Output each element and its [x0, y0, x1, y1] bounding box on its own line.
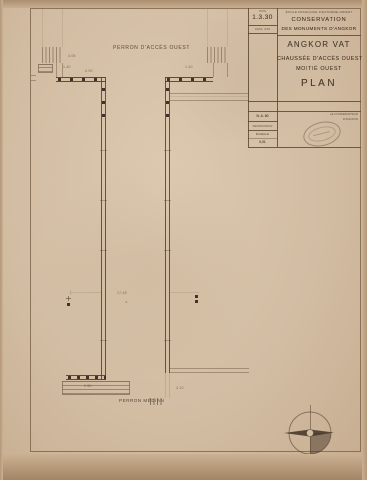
parapet-post [102, 101, 105, 104]
steps-edge-line [227, 9, 228, 47]
parapet-post [166, 114, 169, 117]
dept-underline [277, 35, 361, 36]
dept-line1: CONSERVATION [277, 17, 361, 23]
parapet-band-top-right [165, 77, 213, 82]
date-label: DATE [248, 9, 277, 13]
benchmark-cross [68, 296, 69, 301]
scan-edge-bottom [0, 454, 367, 480]
dept-line2: DES MONUMENTS D'ANGKOR [277, 26, 361, 31]
dimension-label: ∧ [125, 300, 128, 304]
steps-edge-line [42, 9, 43, 47]
refblock-bottom-line [248, 147, 361, 148]
parapet-post [102, 114, 105, 117]
east-line-bottom [170, 372, 249, 373]
steps-connector [213, 63, 214, 77]
causeway-edge-left [101, 77, 106, 380]
scan-edge-right [362, 0, 367, 480]
steps-connector [56, 63, 57, 77]
joint-tick [100, 340, 107, 341]
stamp-inner-ring [307, 124, 338, 144]
ref-row2: DESSINATEUR [248, 124, 277, 128]
steps-edge-line [207, 9, 208, 47]
steps-connector [227, 63, 228, 77]
joint-tick [164, 250, 171, 251]
label-perron-acces-ouest: PERRON D'ACCÈS OUEST [113, 45, 190, 51]
margin-mark [31, 75, 36, 76]
parapet-band-bottom-left [66, 375, 106, 380]
east-line-top [170, 96, 249, 97]
dimension-label: 4.05 [68, 54, 76, 58]
scale-value: 0,01 [248, 140, 277, 144]
edge-continuation [169, 373, 170, 398]
date-cell-line [248, 25, 277, 26]
scanned-plan-sheet: DATE 1.3.30 DESS. JUIN N. A. 60 DESSINAT… [0, 0, 367, 480]
subject-line1: CHAUSSÉE D'ACCÈS OUEST [277, 56, 361, 62]
east-line-bottom [170, 368, 249, 369]
date-note: DESS. JUIN [248, 27, 277, 31]
parapet-post [166, 88, 169, 91]
dimension-label: 0.90 [85, 69, 93, 73]
benchmark-dot [195, 300, 198, 303]
leader-line-right [170, 292, 199, 293]
approval-line2: D'ANGKOR [277, 117, 358, 121]
sheet-title: PLAN [277, 78, 361, 89]
scan-edge-left [0, 0, 3, 480]
scan-edge-top [0, 0, 367, 8]
sheet-number: N. A. 60 [248, 114, 277, 118]
dimension-label: 1.40 [63, 65, 71, 69]
east-line-top [170, 100, 249, 101]
margin-mark [31, 80, 36, 81]
institution-name: ÉCOLE FRANÇAISE D'EXTRÊME-ORIENT [277, 10, 361, 14]
steps-detail-box-left [38, 64, 53, 73]
parapet-post [102, 88, 105, 91]
parapet-post [166, 101, 169, 104]
median-perron-steps [62, 381, 130, 395]
dimension-label: 2.50 [84, 384, 92, 388]
joint-tick [100, 200, 107, 201]
dimension-label: 17.45 [117, 291, 127, 295]
scale-label: ÉCHELLE [248, 132, 277, 136]
ref-cell-line1 [248, 121, 277, 122]
monument-title: ANGKOR VAT [277, 40, 361, 49]
joint-tick [100, 150, 107, 151]
benchmark-dot [195, 295, 198, 298]
date-value: 1.3.30 [248, 14, 277, 21]
approval-line1: LE CONSERVATEUR [277, 112, 358, 116]
benchmark-dot [67, 303, 70, 306]
east-line-top [170, 93, 249, 94]
label-perron-median: PERRON MÉDIAN [119, 398, 164, 403]
leader-line-left [70, 292, 101, 293]
steps-hatch-right [207, 47, 228, 63]
causeway-edge-right [165, 77, 170, 373]
dimension-label: 4.10 [176, 386, 184, 390]
edge-continuation [165, 373, 166, 398]
joint-tick [100, 250, 107, 251]
leader-end-tick [70, 290, 71, 295]
date-cell-line2 [248, 33, 277, 34]
subject-line2: MOITIÉ OUEST [277, 66, 361, 72]
joint-tick [164, 340, 171, 341]
joint-tick [164, 200, 171, 201]
title-bottom-line [248, 101, 361, 102]
joint-tick [164, 150, 171, 151]
steps-edge-line [62, 9, 63, 47]
ref-cell-line2 [248, 130, 277, 131]
parapet-band-top-left [56, 77, 106, 82]
steps-hatch-left [42, 47, 63, 63]
dimension-label: 1.40 [185, 65, 193, 69]
